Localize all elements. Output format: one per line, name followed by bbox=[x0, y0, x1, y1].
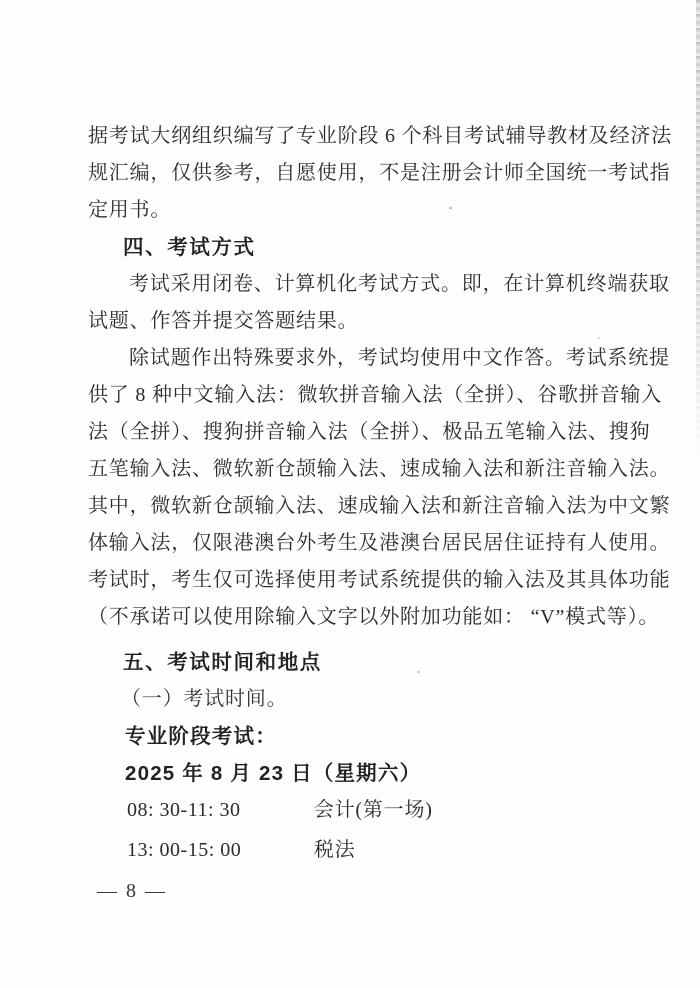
page-footer: — 8 — bbox=[97, 880, 167, 903]
body-line: 考试时，考生仅可选择使用考试系统提供的输入法及其具体功能 bbox=[88, 562, 636, 599]
exam-time: 08: 30-11: 30 bbox=[127, 792, 308, 829]
schedule-row: 08: 30-11: 30 会计(第一场) bbox=[88, 792, 636, 829]
exam-date: 2025 年 8 月 23 日（星期六） bbox=[88, 755, 636, 792]
section-5-subheading: （一）考试时间。 bbox=[88, 681, 636, 718]
scanned-document-page: 据考试大纲组织编写了专业阶段 6 个科目考试辅导教材及经济法 规汇编，仅供参考，… bbox=[0, 0, 700, 988]
schedule-row: 13: 00-15: 00 税法 bbox=[88, 832, 636, 869]
body-line: （不承诺可以使用除输入文字以外附加功能如： “V”模式等）。 bbox=[88, 599, 636, 636]
body-line: 试题、作答并提交答题结果。 bbox=[88, 303, 636, 340]
document-body: 据考试大纲组织编写了专业阶段 6 个科目考试辅导教材及经济法 规汇编，仅供参考，… bbox=[88, 118, 636, 869]
body-line: 五笔输入法、微软新仓颉输入法、速成输入法和新注音输入法。 bbox=[88, 451, 636, 488]
body-line: 定用书。 bbox=[88, 192, 636, 229]
body-line: 其中，微软新仓颉输入法、速成输入法和新注音输入法为中文繁 bbox=[88, 488, 636, 525]
stage-label: 专业阶段考试： bbox=[88, 718, 636, 755]
exam-subject: 税法 bbox=[314, 839, 356, 861]
body-line: 据考试大纲组织编写了专业阶段 6 个科目考试辅导教材及经济法 bbox=[88, 118, 636, 155]
body-line: 体输入法，仅限港澳台外考生及港澳台居民居住证持有人使用。 bbox=[88, 525, 636, 562]
scan-edge-artifact-fade bbox=[696, 240, 700, 490]
body-line: 规汇编，仅供参考，自愿使用，不是注册会计师全国统一考试指 bbox=[88, 155, 636, 192]
exam-subject: 会计(第一场) bbox=[314, 799, 433, 821]
section-4-heading: 四、考试方式 bbox=[88, 229, 636, 266]
body-line: 除试题作出特殊要求外，考试均使用中文作答。考试系统提 bbox=[88, 340, 636, 377]
body-line: 考试采用闭卷、计算机化考试方式。即，在计算机终端获取 bbox=[88, 266, 636, 303]
body-line: 法（全拼）、搜狗拼音输入法（全拼）、极品五笔输入法、搜狗 bbox=[88, 414, 636, 451]
section-5-heading: 五、考试时间和地点 bbox=[88, 644, 636, 681]
exam-time: 13: 00-15: 00 bbox=[127, 832, 308, 869]
body-line: 供了 8 种中文输入法：微软拼音输入法（全拼）、谷歌拼音输入 bbox=[88, 377, 636, 414]
page-number: — 8 — bbox=[97, 880, 167, 902]
